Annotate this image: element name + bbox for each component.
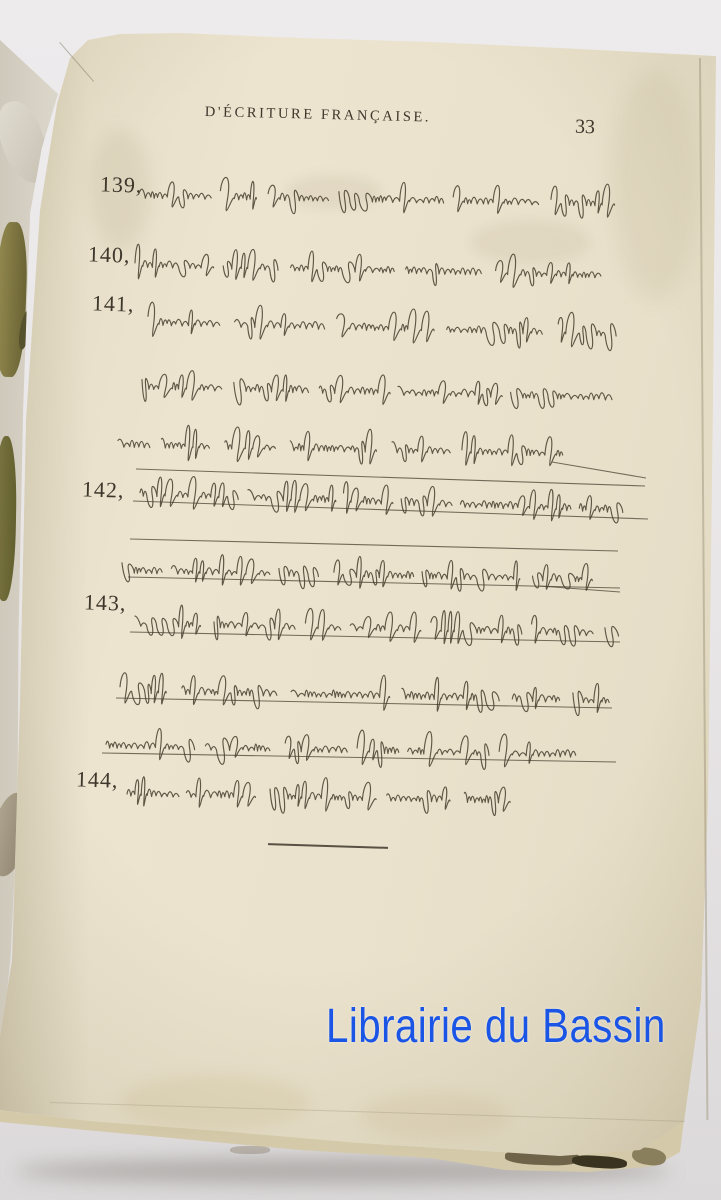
item-number: 139, [100,171,143,198]
item-number: 140, [88,241,131,268]
item-number: 143, [84,589,127,616]
item-number: 144, [76,766,119,793]
item-number: 141, [92,290,135,317]
page-number: 33 [575,116,596,140]
page-edge-blob [0,436,17,601]
page-edge-blob [0,222,29,378]
item-number: 142, [82,476,125,503]
watermark-text: Librairie du Bassin [326,999,666,1054]
worn-corner-mark [230,1146,270,1154]
book-photo-scene: D'ÉCRITURE FRANÇAISE. 33 139,140,141,142… [0,0,721,1200]
